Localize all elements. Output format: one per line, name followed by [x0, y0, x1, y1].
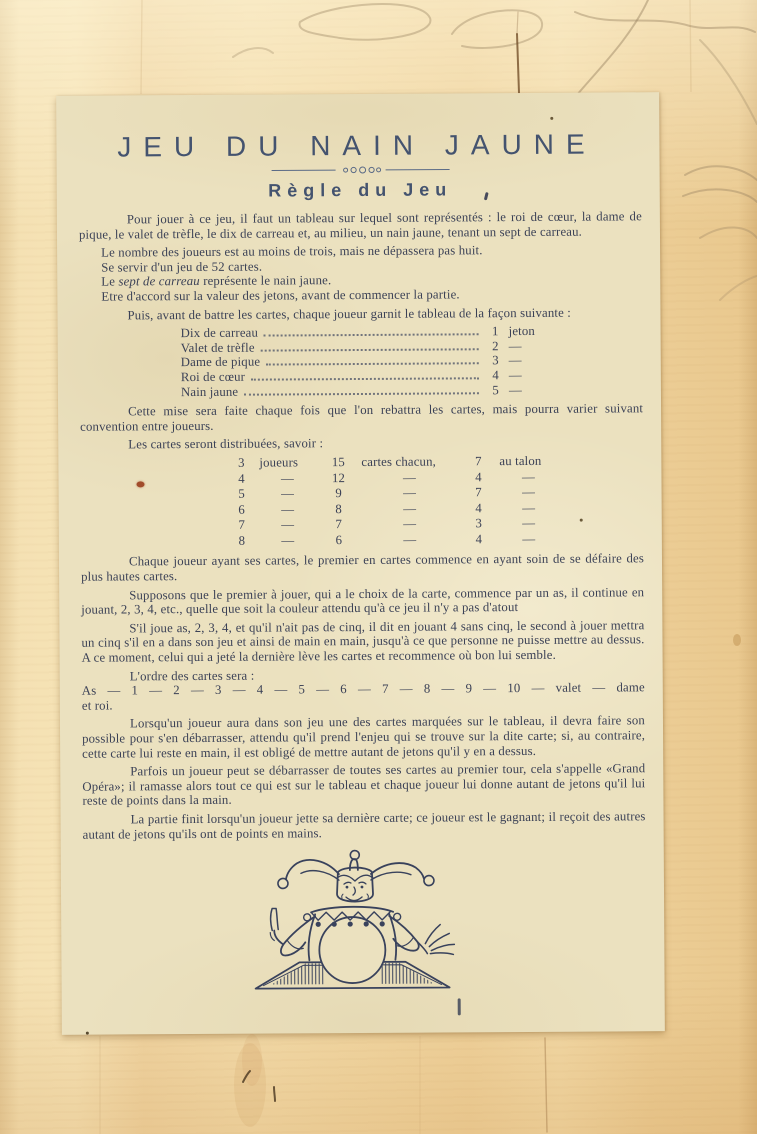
marked-cards-paragraph: Lorsqu'un joueur aura dans son jeu une d… — [82, 714, 645, 761]
subtitle: Règle du Jeu — [79, 178, 642, 202]
photo-scene: JEU DU NAIN JAUNE Règle du Jeu Pour joue… — [0, 0, 757, 1134]
pen-mark — [458, 998, 461, 1015]
stake-note-paragraph: Cette mise sera faite chaque fois que l'… — [80, 401, 643, 434]
rule-agree: Etre d'accord sur la valeur des jetons, … — [79, 286, 642, 304]
rule-seven-italic: sept de carreau — [118, 274, 199, 288]
rules-sheet: JEU DU NAIN JAUNE Règle du Jeu Pour joue… — [56, 92, 665, 1035]
sans-cinq-paragraph: S'il joue as, 2, 3, 4, et qu'il n'ait pa… — [81, 618, 644, 665]
suppose-paragraph: Supposons que le premier à jouer, qui a … — [81, 585, 644, 618]
card-order-block: L'ordre des cartes sera : As — 1 — 2 — 3… — [82, 666, 645, 713]
paper-speck — [550, 117, 553, 120]
rules-text: Pour jouer à ce jeu, il faut un tableau … — [79, 209, 646, 842]
page-title: JEU DU NAIN JAUNE — [72, 128, 641, 163]
paper-stain — [136, 481, 144, 487]
dotted-leader — [261, 339, 479, 351]
deal-table: 3joueurs15cartes chacun,7au talon 4—12—4… — [234, 453, 644, 549]
jester-illustration — [246, 848, 459, 1004]
title-ornament-divider — [265, 163, 455, 176]
intro-paragraph: Pour jouer à ce jeu, il faut un tableau … — [79, 209, 642, 242]
deal-intro-paragraph: Les cartes seront distribuées, savoir : — [80, 435, 643, 453]
table-row: Nain jaune5— — [181, 382, 553, 399]
paper-speck — [580, 519, 583, 522]
stake-table: Dix de carreau1jeton Valet de trèfle2— D… — [181, 324, 553, 399]
end-game-paragraph: La partie finit lorsqu'un joueur jette s… — [83, 809, 646, 842]
paper-speck — [86, 1032, 89, 1035]
dotted-leader — [264, 324, 479, 336]
basic-rules-lines: Le nombre des joueurs est au moins de tr… — [79, 242, 642, 304]
grand-opera-paragraph: Parfois un joueur peut se débarrasser de… — [82, 761, 645, 808]
setup-paragraph: Puis, avant de battre les cartes, chaque… — [79, 305, 642, 323]
dotted-leader — [244, 383, 479, 395]
first-player-paragraph: Chaque joueur ayant ses cartes, le premi… — [81, 552, 644, 585]
dotted-leader — [266, 354, 479, 366]
dotted-leader — [251, 368, 479, 380]
